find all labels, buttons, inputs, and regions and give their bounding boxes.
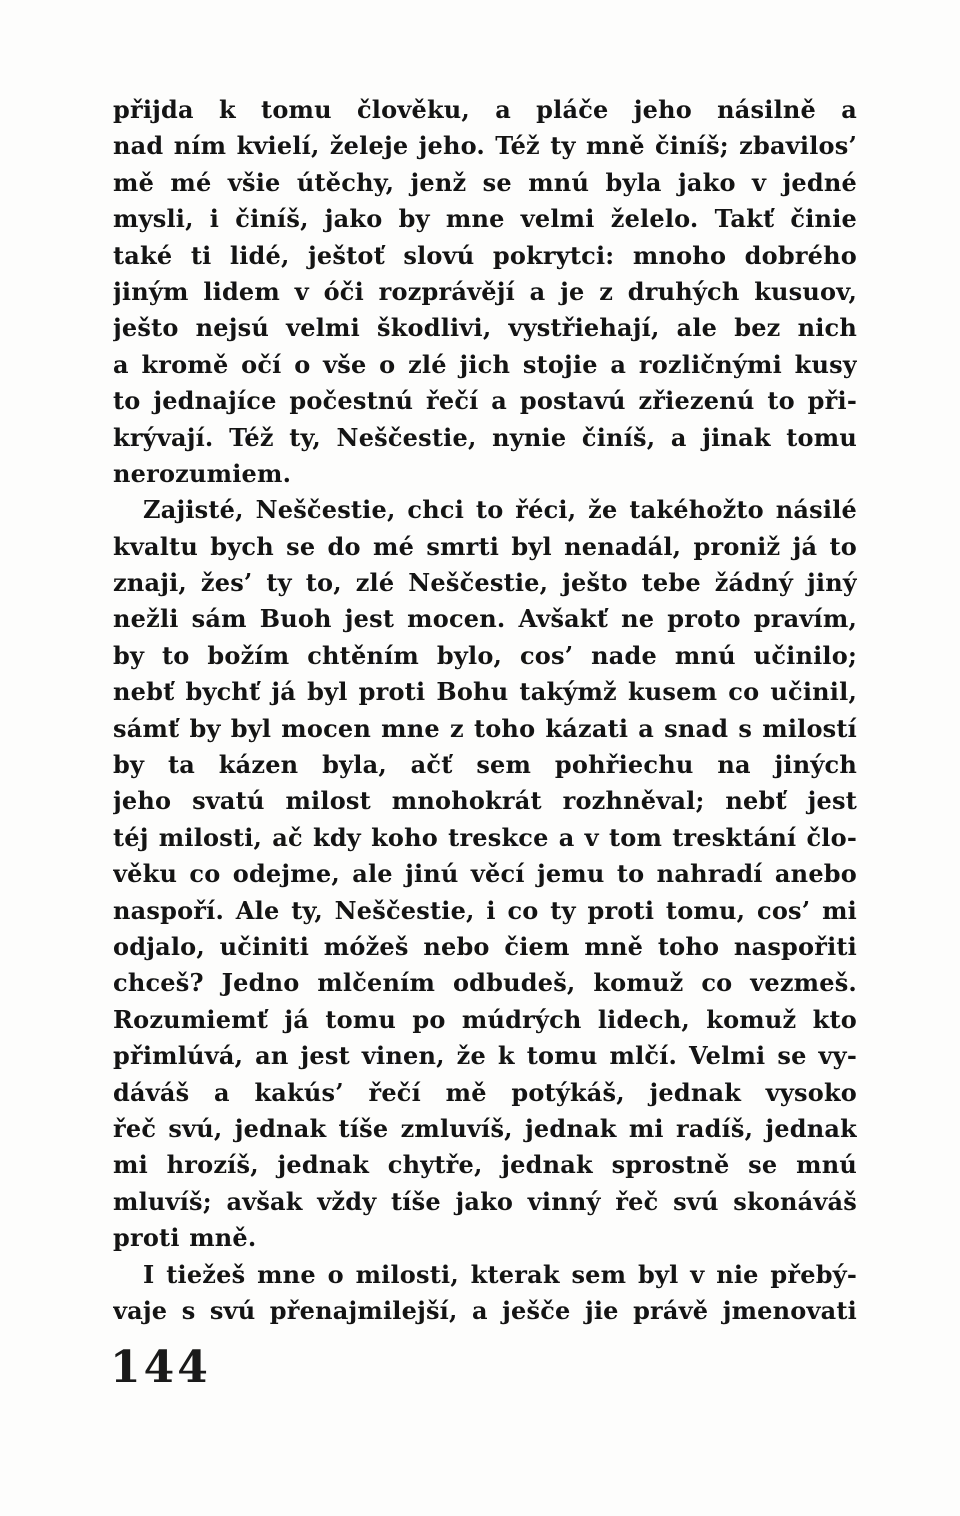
- text-line: nebť bychť já byl proti Bohu takýmž kuse…: [113, 674, 857, 710]
- text-line: věku co odejme, ale jinú věcí jemu to na…: [113, 856, 857, 892]
- text-line: přijda k tomu člověku, a pláče jeho nási…: [113, 92, 857, 128]
- text-line: Zajisté, Neščestie, chci to řéci, že tak…: [113, 492, 857, 528]
- text-line: proti mně.: [113, 1220, 857, 1256]
- text-line: mi hrozíš, jednak chytře, jednak sprostn…: [113, 1147, 857, 1183]
- text-line: by to božím chtěním bylo, cos’ nade mnú …: [113, 638, 857, 674]
- text-line: odjalo, učiniti móžeš nebo čiem mně toho…: [113, 929, 857, 965]
- text-line: naspoří. Ale ty, Neščestie, i co ty prot…: [113, 893, 857, 929]
- text-line: také ti lidé, ještoť slovú pokrytci: mno…: [113, 238, 857, 274]
- text-line: mysli, i činíš, jako by mne velmi želelo…: [113, 201, 857, 237]
- page-text-block: přijda k tomu člověku, a pláče jeho nási…: [113, 92, 857, 1329]
- text-line: mluvíš; avšak vždy tíše jako vinný řeč s…: [113, 1184, 857, 1220]
- text-line: chceš? Jedno mlčením odbudeš, komuž co v…: [113, 965, 857, 1001]
- text-line: dáváš a kakús’ řečí mě potýkáš, jednak v…: [113, 1075, 857, 1111]
- text-line: znaji, žes’ ty to, zlé Neščestie, ješto …: [113, 565, 857, 601]
- text-line: kvaltu bych se do mé smrti byl nenadál, …: [113, 529, 857, 565]
- text-line: nad ním kvielí, želeje jeho. Též ty mně …: [113, 128, 857, 164]
- text-line: krývají. Též ty, Neščestie, nynie činíš,…: [113, 420, 857, 456]
- text-line: téj milosti, ač kdy koho treskce a v tom…: [113, 820, 857, 856]
- text-line: by ta kázen byla, ačť sem pohřiechu na j…: [113, 747, 857, 783]
- text-line: nežli sám Buoh jest mocen. Avšakť ne pro…: [113, 601, 857, 637]
- text-line: jiným lidem v óči rozprávějí a je z druh…: [113, 274, 857, 310]
- text-line: nerozumiem.: [113, 456, 857, 492]
- text-line: to jednajíce počestnú řečí a postavú zři…: [113, 383, 857, 419]
- book-page: přijda k tomu člověku, a pláče jeho nási…: [0, 0, 960, 1516]
- page-number: 144: [110, 1342, 211, 1393]
- text-line: ješto nejsú velmi škodlivi, vystřiehají,…: [113, 310, 857, 346]
- text-line: I tiežeš mne o milosti, kterak sem byl v…: [113, 1257, 857, 1293]
- text-line: vaje s svú přenajmilejší, a ješče jie pr…: [113, 1293, 857, 1329]
- text-line: mě mé všie útěchy, jenž se mnú byla jako…: [113, 165, 857, 201]
- text-line: Rozumiemť já tomu po múdrých lidech, kom…: [113, 1002, 857, 1038]
- text-line: řeč svú, jednak tíše zmluvíš, jednak mi …: [113, 1111, 857, 1147]
- text-line: jeho svatú milost mnohokrát rozhněval; n…: [113, 783, 857, 819]
- text-line: sámť by byl mocen mne z toho kázati a sn…: [113, 711, 857, 747]
- text-line: přimlúvá, an jest vinen, že k tomu mlčí.…: [113, 1038, 857, 1074]
- text-line: a kromě očí o vše o zlé jich stojie a ro…: [113, 347, 857, 383]
